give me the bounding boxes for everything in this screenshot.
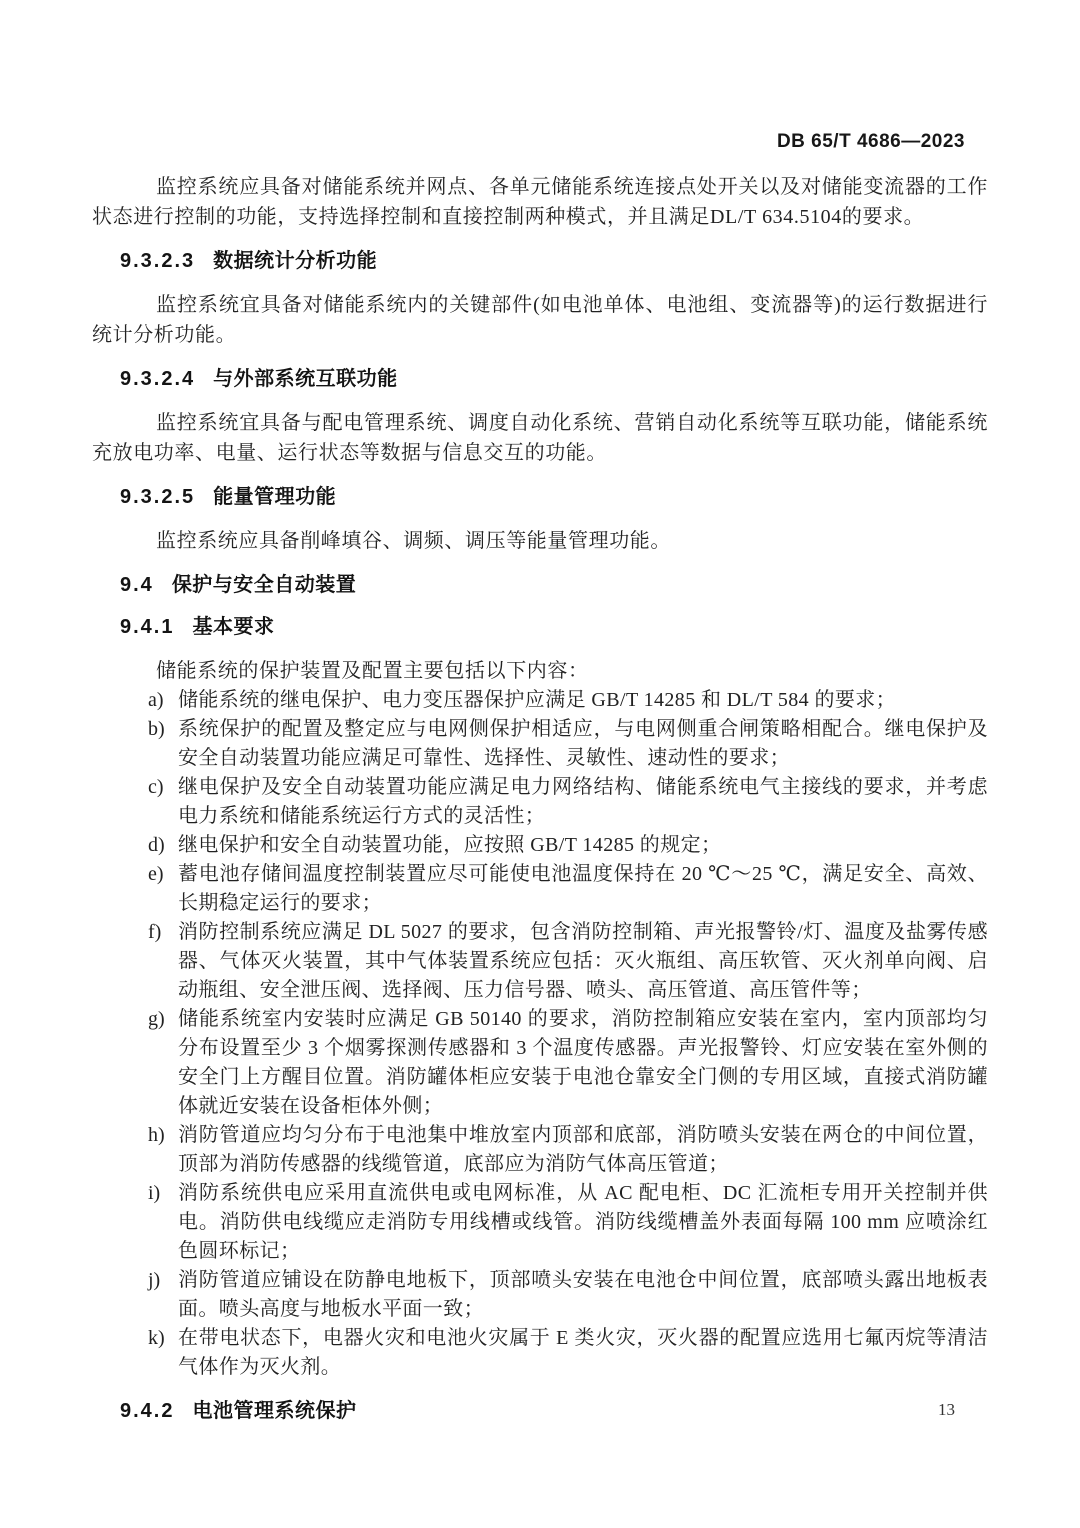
section-title: 能量管理功能 (213, 486, 336, 508)
section-number: 9.3.2.3 (120, 250, 195, 272)
document-page: DB 65/T 4686—2023 监控系统应具备对储能系统并网点、各单元储能系… (0, 0, 1080, 1528)
list-item-label: b) (148, 715, 165, 744)
section-number: 9.4 (120, 574, 154, 596)
list-item: g)储能系统室内安装时应满足 GB 50140 的要求，消防控制箱应安装在室内，… (92, 1005, 988, 1121)
section-number: 9.4.2 (120, 1400, 174, 1422)
section-heading: 9.3.2.3数据统计分析功能 (92, 248, 988, 274)
section-heading: 9.3.2.5能量管理功能 (92, 484, 988, 510)
ordered-list: a)储能系统的继电保护、电力变压器保护应满足 GB/T 14285 和 DL/T… (92, 686, 988, 1382)
list-item-label: f) (148, 918, 161, 947)
section-title: 保护与安全自动装置 (172, 574, 357, 596)
list-item: e)蓄电池存储间温度控制装置应尽可能使电池温度保持在 20 ℃～25 ℃，满足安… (92, 860, 988, 918)
section-number: 9.3.2.4 (120, 368, 195, 390)
section-heading: 9.4.1基本要求 (92, 614, 988, 640)
section-heading: 9.4.2电池管理系统保护 (92, 1398, 988, 1424)
section-title: 数据统计分析功能 (213, 250, 377, 272)
section-heading: 9.3.2.4与外部系统互联功能 (92, 366, 988, 392)
list-item-label: g) (148, 1005, 165, 1034)
list-item-text: 消防控制系统应满足 DL 5027 的要求，包含消防控制箱、声光报警铃/灯、温度… (178, 921, 988, 1001)
page-footer: 13 (938, 1400, 955, 1420)
list-item-text: 消防管道应均匀分布于电池集中堆放室内顶部和底部，消防喷头安装在两仓的中间位置，顶… (178, 1124, 988, 1175)
list-item: c)继电保护及安全自动装置功能应满足电力网络结构、储能系统电气主接线的要求，并考… (92, 773, 988, 831)
section-number: 9.4.1 (120, 616, 174, 638)
paragraph: 监控系统应具备对储能系统并网点、各单元储能系统连接点处开关以及对储能变流器的工作… (92, 172, 988, 232)
list-item: d)继电保护和安全自动装置功能，应按照 GB/T 14285 的规定； (92, 831, 988, 860)
list-item: f)消防控制系统应满足 DL 5027 的要求，包含消防控制箱、声光报警铃/灯、… (92, 918, 988, 1005)
list-item-label: c) (148, 773, 164, 802)
list-item-text: 在带电状态下，电器火灾和电池火灾属于 E 类火灾，灭火器的配置应选用七氟丙烷等清… (178, 1327, 988, 1378)
section-number: 9.3.2.5 (120, 486, 195, 508)
list-item: j)消防管道应铺设在防静电地板下，顶部喷头安装在电池仓中间位置，底部喷头露出地板… (92, 1266, 988, 1324)
list-item-text: 继电保护及安全自动装置功能应满足电力网络结构、储能系统电气主接线的要求，并考虑电… (178, 776, 988, 827)
list-item-label: d) (148, 831, 165, 860)
list-item: b)系统保护的配置及整定应与电网侧保护相适应，与电网侧重合闸策略相配合。继电保护… (92, 715, 988, 773)
section-title: 基本要求 (192, 616, 274, 638)
list-item-text: 消防管道应铺设在防静电地板下，顶部喷头安装在电池仓中间位置，底部喷头露出地板表面… (178, 1269, 988, 1320)
section-title: 与外部系统互联功能 (213, 368, 398, 390)
list-item-label: i) (148, 1179, 160, 1208)
paragraph: 监控系统应具备削峰填谷、调频、调压等能量管理功能。 (92, 526, 988, 556)
list-item-label: a) (148, 686, 164, 715)
section-heading: 9.4保护与安全自动装置 (92, 572, 988, 598)
section-title: 电池管理系统保护 (192, 1400, 356, 1422)
list-item: a)储能系统的继电保护、电力变压器保护应满足 GB/T 14285 和 DL/T… (92, 686, 988, 715)
page-number: 13 (938, 1400, 955, 1419)
list-item-text: 储能系统的继电保护、电力变压器保护应满足 GB/T 14285 和 DL/T 5… (178, 689, 896, 711)
list-item-label: k) (148, 1324, 165, 1353)
list-item-text: 蓄电池存储间温度控制装置应尽可能使电池温度保持在 20 ℃～25 ℃，满足安全、… (178, 863, 988, 914)
paragraph: 监控系统宜具备对储能系统内的关键部件(如电池单体、电池组、变流器等)的运行数据进… (92, 290, 988, 350)
list-item: h)消防管道应均匀分布于电池集中堆放室内顶部和底部，消防喷头安装在两仓的中间位置… (92, 1121, 988, 1179)
document-body: 监控系统应具备对储能系统并网点、各单元储能系统连接点处开关以及对储能变流器的工作… (92, 0, 988, 1440)
list-item-text: 消防系统供电应采用直流供电或电网标准，从 AC 配电柜、DC 汇流柜专用开关控制… (178, 1182, 988, 1262)
list-item-label: e) (148, 860, 164, 889)
list-item-text: 储能系统室内安装时应满足 GB 50140 的要求，消防控制箱应安装在室内，室内… (178, 1008, 988, 1117)
list-item-text: 系统保护的配置及整定应与电网侧保护相适应，与电网侧重合闸策略相配合。继电保护及安… (178, 718, 988, 769)
list-item: k)在带电状态下，电器火灾和电池火灾属于 E 类火灾，灭火器的配置应选用七氟丙烷… (92, 1324, 988, 1382)
list-item-label: h) (148, 1121, 165, 1150)
list-item-text: 继电保护和安全自动装置功能，应按照 GB/T 14285 的规定； (178, 834, 721, 856)
paragraph: 监控系统宜具备与配电管理系统、调度自动化系统、营销自动化系统等互联功能，储能系统… (92, 408, 988, 468)
paragraph: 储能系统的保护装置及配置主要包括以下内容： (92, 656, 988, 686)
list-item-label: j) (148, 1266, 160, 1295)
list-item: i)消防系统供电应采用直流供电或电网标准，从 AC 配电柜、DC 汇流柜专用开关… (92, 1179, 988, 1266)
